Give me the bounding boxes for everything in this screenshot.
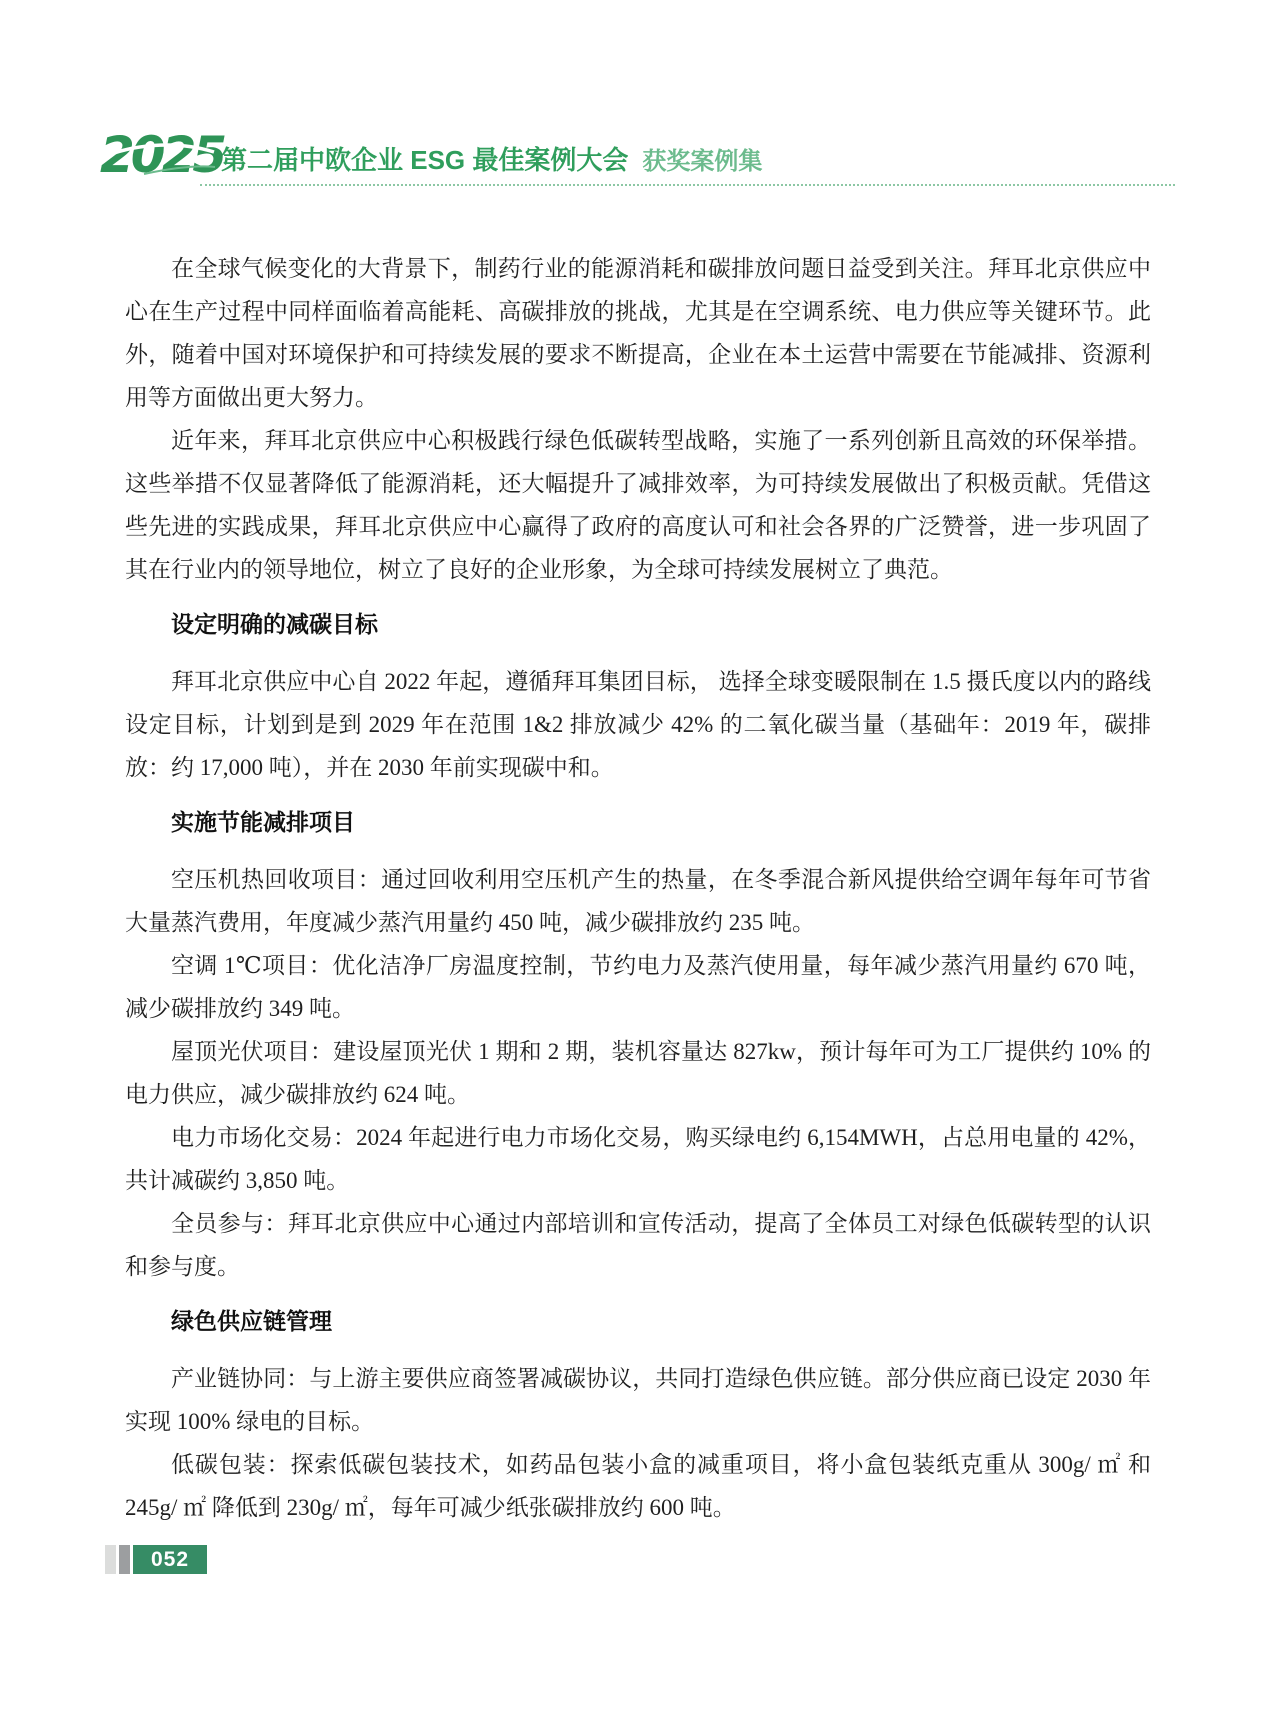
- paragraph-overview: 近年来，拜耳北京供应中心积极践行绿色低碳转型战略，实施了一系列创新且高效的环保举…: [125, 419, 1151, 591]
- page-number-badge: 052: [133, 1545, 207, 1574]
- logo-text: 2025: [100, 124, 205, 186]
- paragraph-hvac-1c: 空调 1℃项目：优化洁净厂房温度控制，节约电力及蒸汽使用量，每年减少蒸汽用量约 …: [125, 944, 1151, 1030]
- paragraph-rooftop-pv: 屋顶光伏项目：建设屋顶光伏 1 期和 2 期，装机容量达 827kw，预计每年可…: [125, 1030, 1151, 1116]
- footer-bar-dark: [119, 1545, 130, 1574]
- section-heading-carbon-targets: 设定明确的减碳目标: [125, 603, 1151, 646]
- logo-2025: 2025: [100, 124, 205, 186]
- header-divider: [200, 184, 1175, 186]
- page-number: 052: [151, 1548, 189, 1572]
- paragraph-supply-chain-synergy: 产业链协同：与上游主要供应商签署减碳协议，共同打造绿色供应链。部分供应商已设定 …: [125, 1357, 1151, 1443]
- footer-bar-light: [105, 1545, 116, 1574]
- paragraph-low-carbon-packaging: 低碳包装：探索低碳包装技术，如药品包装小盒的减重项目，将小盒包装纸克重从 300…: [125, 1443, 1151, 1529]
- section-heading-energy-projects: 实施节能减排项目: [125, 801, 1151, 844]
- header-title: 第二届中欧企业 ESG 最佳案例大会: [221, 140, 628, 177]
- document-page: 2025 第二届中欧企业 ESG 最佳案例大会 获奖案例集 在全球气候变化的大背…: [0, 0, 1275, 1718]
- page-content: 在全球气候变化的大背景下，制药行业的能源消耗和碳排放问题日益受到关注。拜耳北京供…: [125, 247, 1151, 1529]
- paragraph-power-trading: 电力市场化交易：2024 年起进行电力市场化交易，购买绿电约 6,154MWH，…: [125, 1116, 1151, 1202]
- page-footer: 052: [105, 1545, 207, 1574]
- header-titles: 第二届中欧企业 ESG 最佳案例大会 获奖案例集: [221, 134, 762, 177]
- section-heading-green-supply-chain: 绿色供应链管理: [125, 1300, 1151, 1343]
- page-header: 2025 第二届中欧企业 ESG 最佳案例大会 获奖案例集: [100, 124, 1175, 186]
- paragraph-employee-engagement: 全员参与：拜耳北京供应中心通过内部培训和宣传活动，提高了全体员工对绿色低碳转型的…: [125, 1202, 1151, 1288]
- paragraph-intro: 在全球气候变化的大背景下，制药行业的能源消耗和碳排放问题日益受到关注。拜耳北京供…: [125, 247, 1151, 419]
- paragraph-heat-recovery: 空压机热回收项目：通过回收利用空压机产生的热量，在冬季混合新风提供给空调年每年可…: [125, 858, 1151, 944]
- paragraph-carbon-targets: 拜耳北京供应中心自 2022 年起，遵循拜耳集团目标， 选择全球变暖限制在 1.…: [125, 660, 1151, 789]
- header-subtitle: 获奖案例集: [642, 141, 762, 176]
